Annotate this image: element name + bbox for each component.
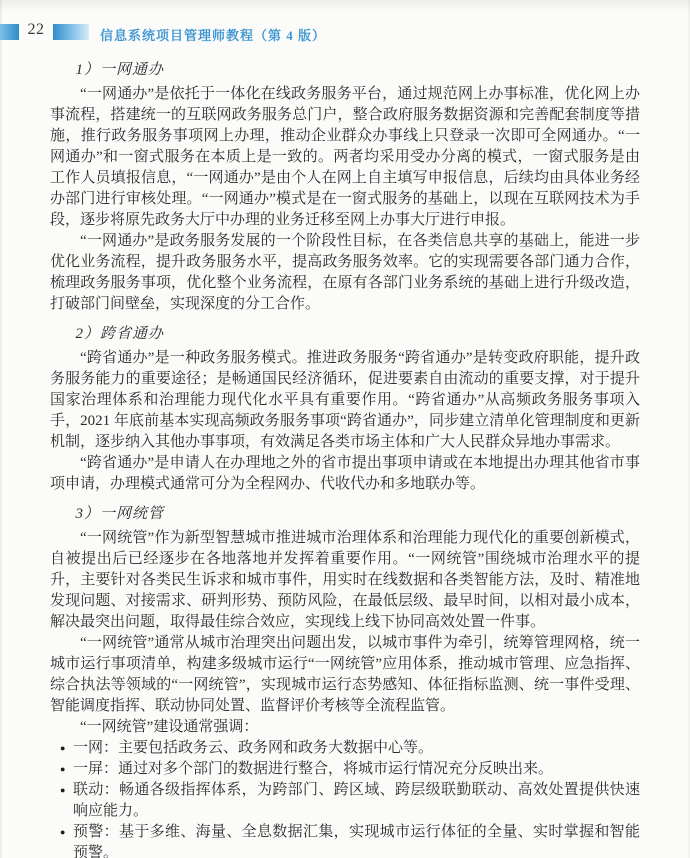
paragraph: “一网统管”作为新型智慧城市推进城市治理体系和治理能力现代化的重要创新模式，自被… [50,528,640,633]
list-item: ● 联动：畅通各级指挥体系，为跨部门、跨区域、跨层级联勤联动、高效处置提供快速响… [60,780,640,822]
book-title: 信息系统项目管理师教程（第 4 版） [100,25,326,44]
paragraph: “一网统管”通常从城市治理突出问题出发，以城市事件为牵引，统筹管理网格，统一城市… [50,633,640,717]
bullet-icon: ● [60,759,73,780]
section-heading-yiwangtongguan: 3）一网统管 [50,504,640,525]
bullet-icon: ● [60,822,73,858]
list-item-text: 预警：基于多维、海量、全息数据汇集，实现城市运行体征的全量、实时掌握和智能预警。 [73,822,640,858]
paragraph: “跨省通办”是申请人在办理地之外的省市提出事项申请或在本地提出办理其他省市事项申… [50,453,640,495]
list-item: ● 预警：基于多维、海量、全息数据汇集，实现城市运行体征的全量、实时掌握和智能预… [60,822,640,858]
list-item: ● 一网：主要包括政务云、政务网和政务大数据中心等。 [60,738,640,759]
paragraph: “一网通办”是政务服务发展的一个阶段性目标，在各类信息共享的基础上，能进一步优化… [50,231,640,315]
list-item-text: 一网：主要包括政务云、政务网和政务大数据中心等。 [73,738,640,759]
paragraph: “跨省通办”是一种政务服务模式。推进政务服务“跨省通办”是转变政府职能，提升政务… [50,348,640,453]
page-body: 1）一网通办 “一网通办”是依托于一体化在线政务服务平台，通过规范网上办事标准，… [50,58,640,858]
page-number: 22 [22,21,50,39]
book-page: 22 信息系统项目管理师教程（第 4 版） 1）一网通办 “一网通办”是依托于一… [0,0,690,858]
header-accent-block-left [0,24,19,40]
section-heading-yiwangtongban: 1）一网通办 [50,60,640,81]
paragraph: “一网统管”建设通常强调： [50,717,640,738]
header-accent-block-right [53,24,89,40]
section-heading-kuashengtongban: 2）跨省通办 [50,324,640,345]
bullet-icon: ● [60,738,73,759]
bullet-icon: ● [60,780,73,822]
list-item-text: 一屏：通过对多个部门的数据进行整合，将城市运行情况充分反映出来。 [73,759,640,780]
list-item: ● 一屏：通过对多个部门的数据进行整合，将城市运行情况充分反映出来。 [60,759,640,780]
bullet-list: ● 一网：主要包括政务云、政务网和政务大数据中心等。 ● 一屏：通过对多个部门的… [60,738,640,858]
running-head: 22 信息系统项目管理师教程（第 4 版） [0,0,690,46]
paragraph: “一网通办”是依托于一体化在线政务服务平台，通过规范网上办事标准，优化网上办事流… [50,84,640,231]
list-item-text: 联动：畅通各级指挥体系，为跨部门、跨区域、跨层级联勤联动、高效处置提供快速响应能… [73,780,640,822]
